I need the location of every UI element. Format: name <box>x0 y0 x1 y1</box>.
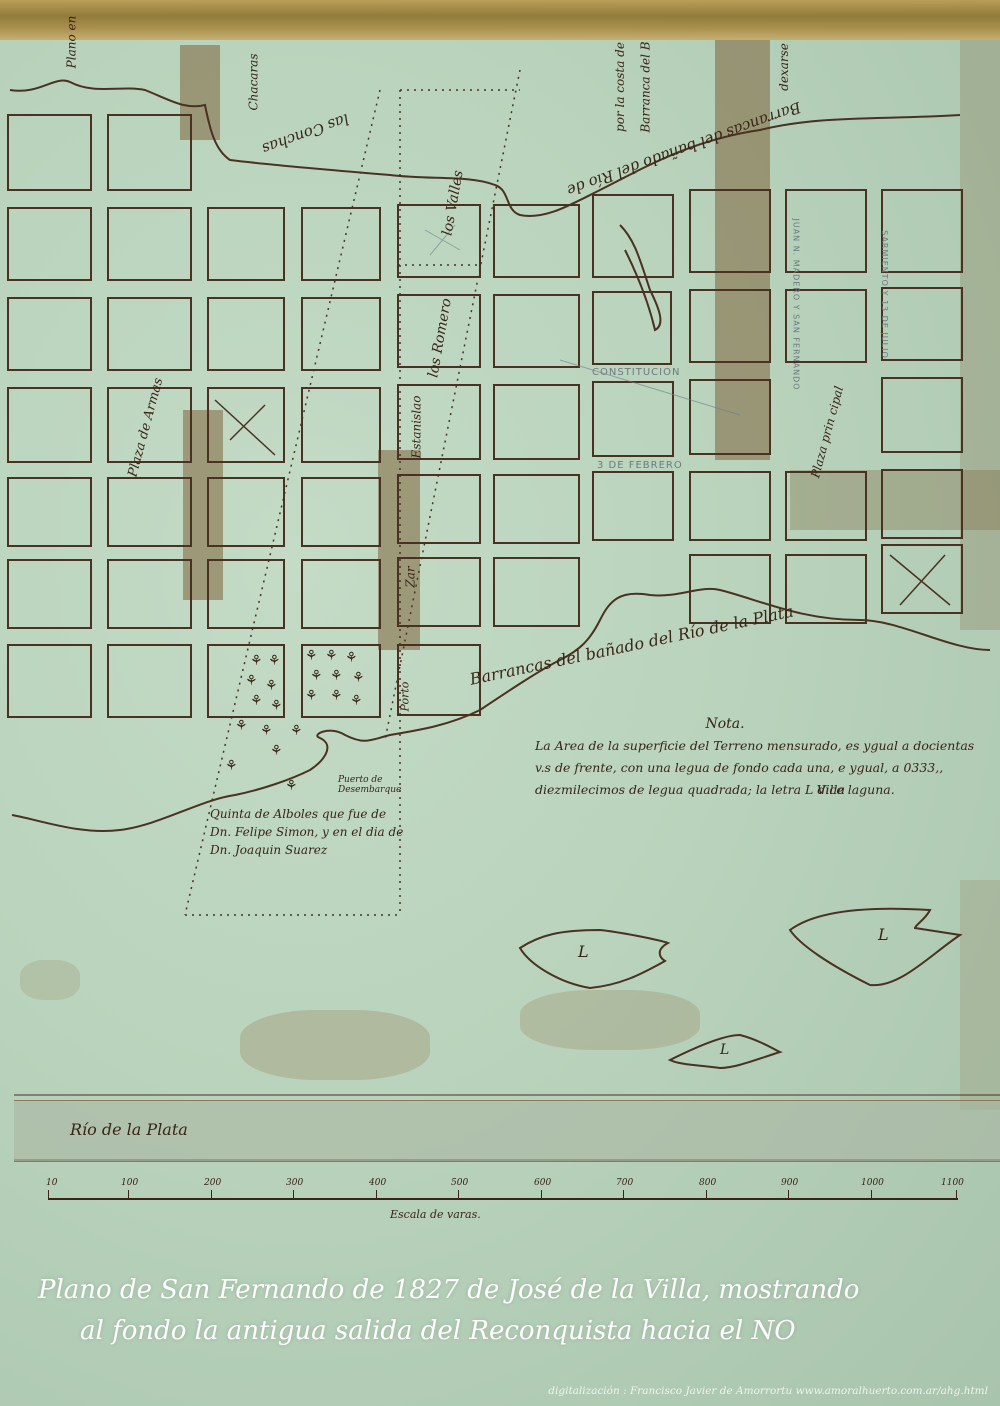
svg-text:⚘: ⚘ <box>352 670 365 686</box>
scale-tick <box>706 1190 707 1200</box>
caption-line-2: al fondo la antigua salida del Reconquis… <box>80 1316 796 1346</box>
svg-text:⚘: ⚘ <box>330 668 343 684</box>
svg-text:⚘: ⚘ <box>285 778 298 794</box>
top-text-fragment: Barranca del B <box>639 41 653 132</box>
scale-tick-label: 300 <box>286 1178 303 1188</box>
label-rio-de-la-plata: Río de la Plata <box>70 1120 188 1139</box>
scale-tick <box>541 1190 542 1200</box>
scale-tick-label: 100 <box>121 1178 138 1188</box>
svg-text:⚘: ⚘ <box>235 718 248 734</box>
label-zar: Zar <box>404 566 418 587</box>
street-constitucion: CONSTITUCION <box>592 367 680 378</box>
top-text-fragment: Plano en <box>64 16 78 69</box>
caption-line-1: Plano de San Fernando de 1827 de José de… <box>38 1275 859 1305</box>
svg-text:⚘: ⚘ <box>268 653 281 669</box>
svg-text:⚘: ⚘ <box>305 648 318 664</box>
scale-tick <box>871 1190 872 1200</box>
street-juan-n-madero: JUAN N. MADERO Y SAN FERNANDO <box>792 218 801 390</box>
scale-tick-label: 500 <box>451 1178 468 1188</box>
scale-tick-label: 1000 <box>861 1178 884 1188</box>
top-text-fragment: Chacaras <box>247 54 261 111</box>
scale-tick <box>458 1190 459 1200</box>
scale-tick <box>376 1190 377 1200</box>
street-3-de-febrero: 3 DE FEBRERO <box>597 460 683 471</box>
svg-text:⚘: ⚘ <box>350 693 363 709</box>
svg-text:⚘: ⚘ <box>250 693 263 709</box>
historic-map: ⚘⚘ ⚘⚘ ⚘⚘ ⚘⚘⚘ ⚘⚘⚘ ⚘⚘⚘ ⚘⚘⚘ ⚘⚘⚘ Barrancas d… <box>0 0 1000 1406</box>
scale-tick-label: 200 <box>204 1178 221 1188</box>
svg-text:⚘: ⚘ <box>265 678 278 694</box>
laguna-mark: L <box>720 1042 729 1058</box>
note-title: Nota. <box>475 713 975 735</box>
scale-tick <box>623 1190 624 1200</box>
scale-bar: 10 100 200 300 400 500 600 700 800 900 1… <box>48 1180 958 1202</box>
top-text-fragment: dexarse <box>777 43 791 91</box>
scale-line <box>48 1198 958 1200</box>
scale-tick <box>211 1190 212 1200</box>
scale-tick-label: 900 <box>781 1178 798 1188</box>
scale-tick-label: 1100 <box>941 1178 964 1188</box>
scale-tick-label: 400 <box>369 1178 386 1188</box>
scale-tick-label: 600 <box>534 1178 551 1188</box>
laguna-mark: L <box>578 942 589 961</box>
scale-tick-label: 700 <box>616 1178 633 1188</box>
svg-text:⚘: ⚘ <box>270 698 283 714</box>
label-estanislao: Estanislao <box>409 396 423 459</box>
scale-tick <box>128 1190 129 1200</box>
scale-tick <box>788 1190 789 1200</box>
scale-tick <box>956 1190 957 1200</box>
street-sarmiento: SARMIENTO Y 13 DE JULIO <box>880 230 889 359</box>
label-quinta: Quinta de Alboles que fue de Dn. Felipe … <box>210 805 410 859</box>
svg-text:⚘: ⚘ <box>260 723 273 739</box>
label-puerto: Puerto de Desembarque <box>338 775 393 795</box>
scale-tick-label: 800 <box>699 1178 716 1188</box>
map-note: Nota. La Area de la superficie del Terre… <box>535 713 975 801</box>
label-porto: Porto <box>398 682 411 712</box>
svg-text:⚘: ⚘ <box>225 758 238 774</box>
svg-text:⚘: ⚘ <box>245 673 258 689</box>
digitization-credit: digitalización : Francisco Javier de Amo… <box>548 1385 988 1397</box>
scale-tick <box>48 1190 49 1200</box>
svg-text:⚘: ⚘ <box>325 648 338 664</box>
svg-text:⚘: ⚘ <box>310 668 323 684</box>
scale-tick <box>293 1190 294 1200</box>
stain <box>20 960 80 1000</box>
stain <box>240 1010 430 1080</box>
svg-text:⚘: ⚘ <box>250 653 263 669</box>
scale-unit-label: Escala de varas. <box>390 1208 481 1221</box>
scale-tick-label: 10 <box>46 1178 57 1188</box>
svg-text:⚘: ⚘ <box>305 688 318 704</box>
stain <box>520 990 700 1050</box>
svg-text:⚘: ⚘ <box>330 688 343 704</box>
svg-text:⚘: ⚘ <box>290 723 303 739</box>
svg-text:⚘: ⚘ <box>270 743 283 759</box>
top-text-fragment: por la costa de <box>613 42 627 132</box>
laguna-mark: L <box>878 925 889 944</box>
svg-text:⚘: ⚘ <box>345 650 358 666</box>
